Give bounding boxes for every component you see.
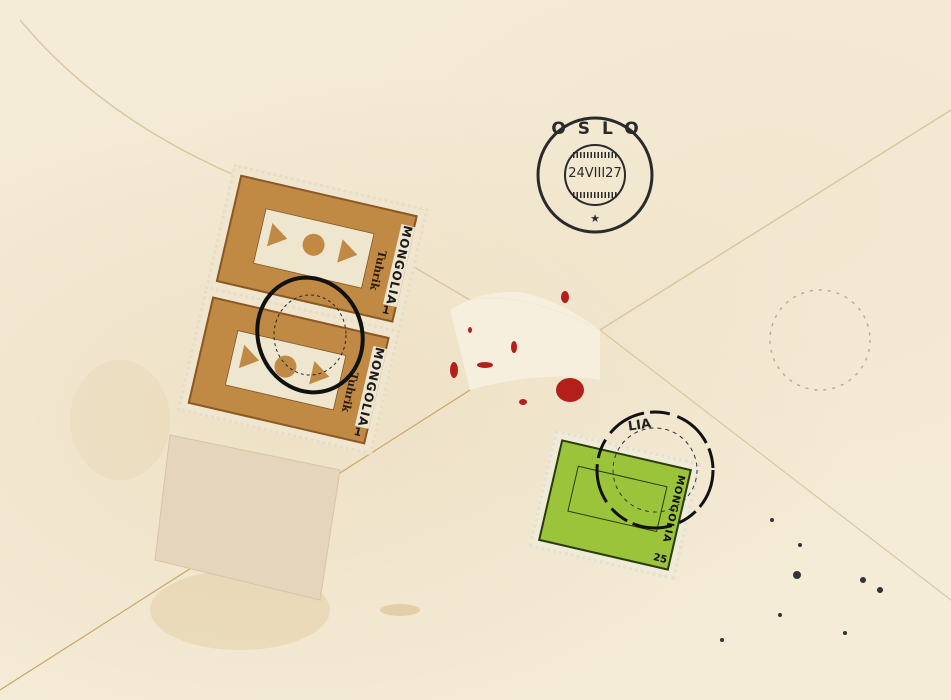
- envelope-back: MONGOLIA Tuhrik 1 MONGOLIA Tuhrik 1: [0, 0, 951, 700]
- ink-specks: [0, 0, 951, 700]
